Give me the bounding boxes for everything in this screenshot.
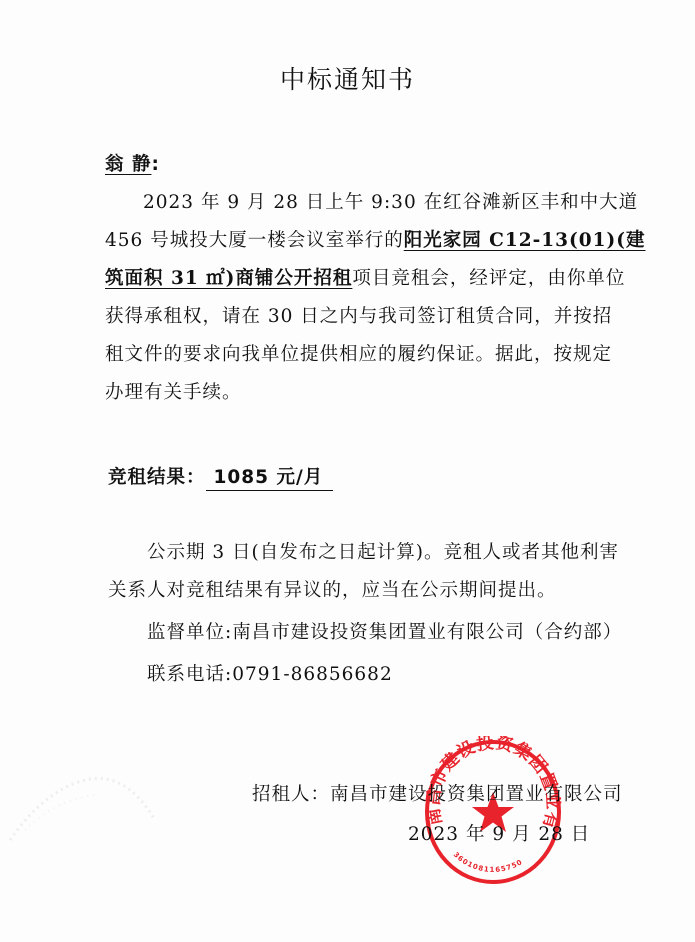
recipient-colon: : [151, 154, 159, 175]
document-page: 中标通知书 翁 静: 2023 年 9 月 28 日上午 9:30 在红谷滩新区… [0, 0, 695, 942]
company-seal-icon: 南昌市建设投资集团置业有限公司 3601081165750 [422, 736, 564, 886]
svg-text:3601081165750: 3601081165750 [452, 851, 525, 874]
project-name-part-2: 筑面积 31 ㎡)商铺公开招租 [105, 268, 352, 289]
supervisor-unit: 监督单位:南昌市建设投资集团置业有限公司（合约部） [147, 618, 622, 644]
bid-result-value: 1085 元/月 [206, 463, 334, 491]
body-line-2: 456 号城投大厦一楼会议室举行的阳光家园 C12-13(01)(建 [105, 226, 646, 252]
recipient-name-text: 翁 静 [105, 154, 151, 175]
body-line-5: 租文件的要求向我单位提供相应的履约保证。据此，按规定 [105, 340, 612, 366]
notice-line-1: 公示期 3 日(自发布之日起计算)。竞租人或者其他利害 [147, 538, 619, 564]
body-line-6: 办理有关手续。 [105, 378, 242, 404]
contact-phone: 联系电话:0791-86856682 [147, 660, 393, 686]
project-name-part-1: 阳光家园 C12-13(01)(建 [404, 230, 646, 251]
document-title: 中标通知书 [0, 60, 695, 96]
lessor-signature: 招租人：南昌市建设投资集团置业有限公司 [252, 780, 623, 806]
body-line-1: 2023 年 9 月 28 日上午 9:30 在红谷滩新区丰和中大道 [143, 188, 638, 214]
issue-date: 2023 年 9 月 28 日 [408, 820, 590, 846]
bid-result-label: 竞租结果： [108, 467, 206, 488]
body-line-4: 获得承租权，请在 30 日之内与我司签订租赁合同，并按招 [105, 302, 612, 328]
body-line-2-prefix: 456 号城投大厦一楼会议室举行的 [105, 230, 404, 251]
notice-line-2: 关系人对竞租结果有异议的，应当在公示期间提出。 [108, 576, 557, 602]
body-line-3-suffix: 项目竞租会，经评定，由你单位 [352, 268, 625, 289]
scan-artifact [5, 760, 165, 850]
body-line-3: 筑面积 31 ㎡)商铺公开招租项目竞租会，经评定，由你单位 [105, 264, 625, 290]
recipient-name: 翁 静: [105, 150, 160, 176]
bid-result: 竞租结果：1085 元/月 [108, 463, 333, 491]
